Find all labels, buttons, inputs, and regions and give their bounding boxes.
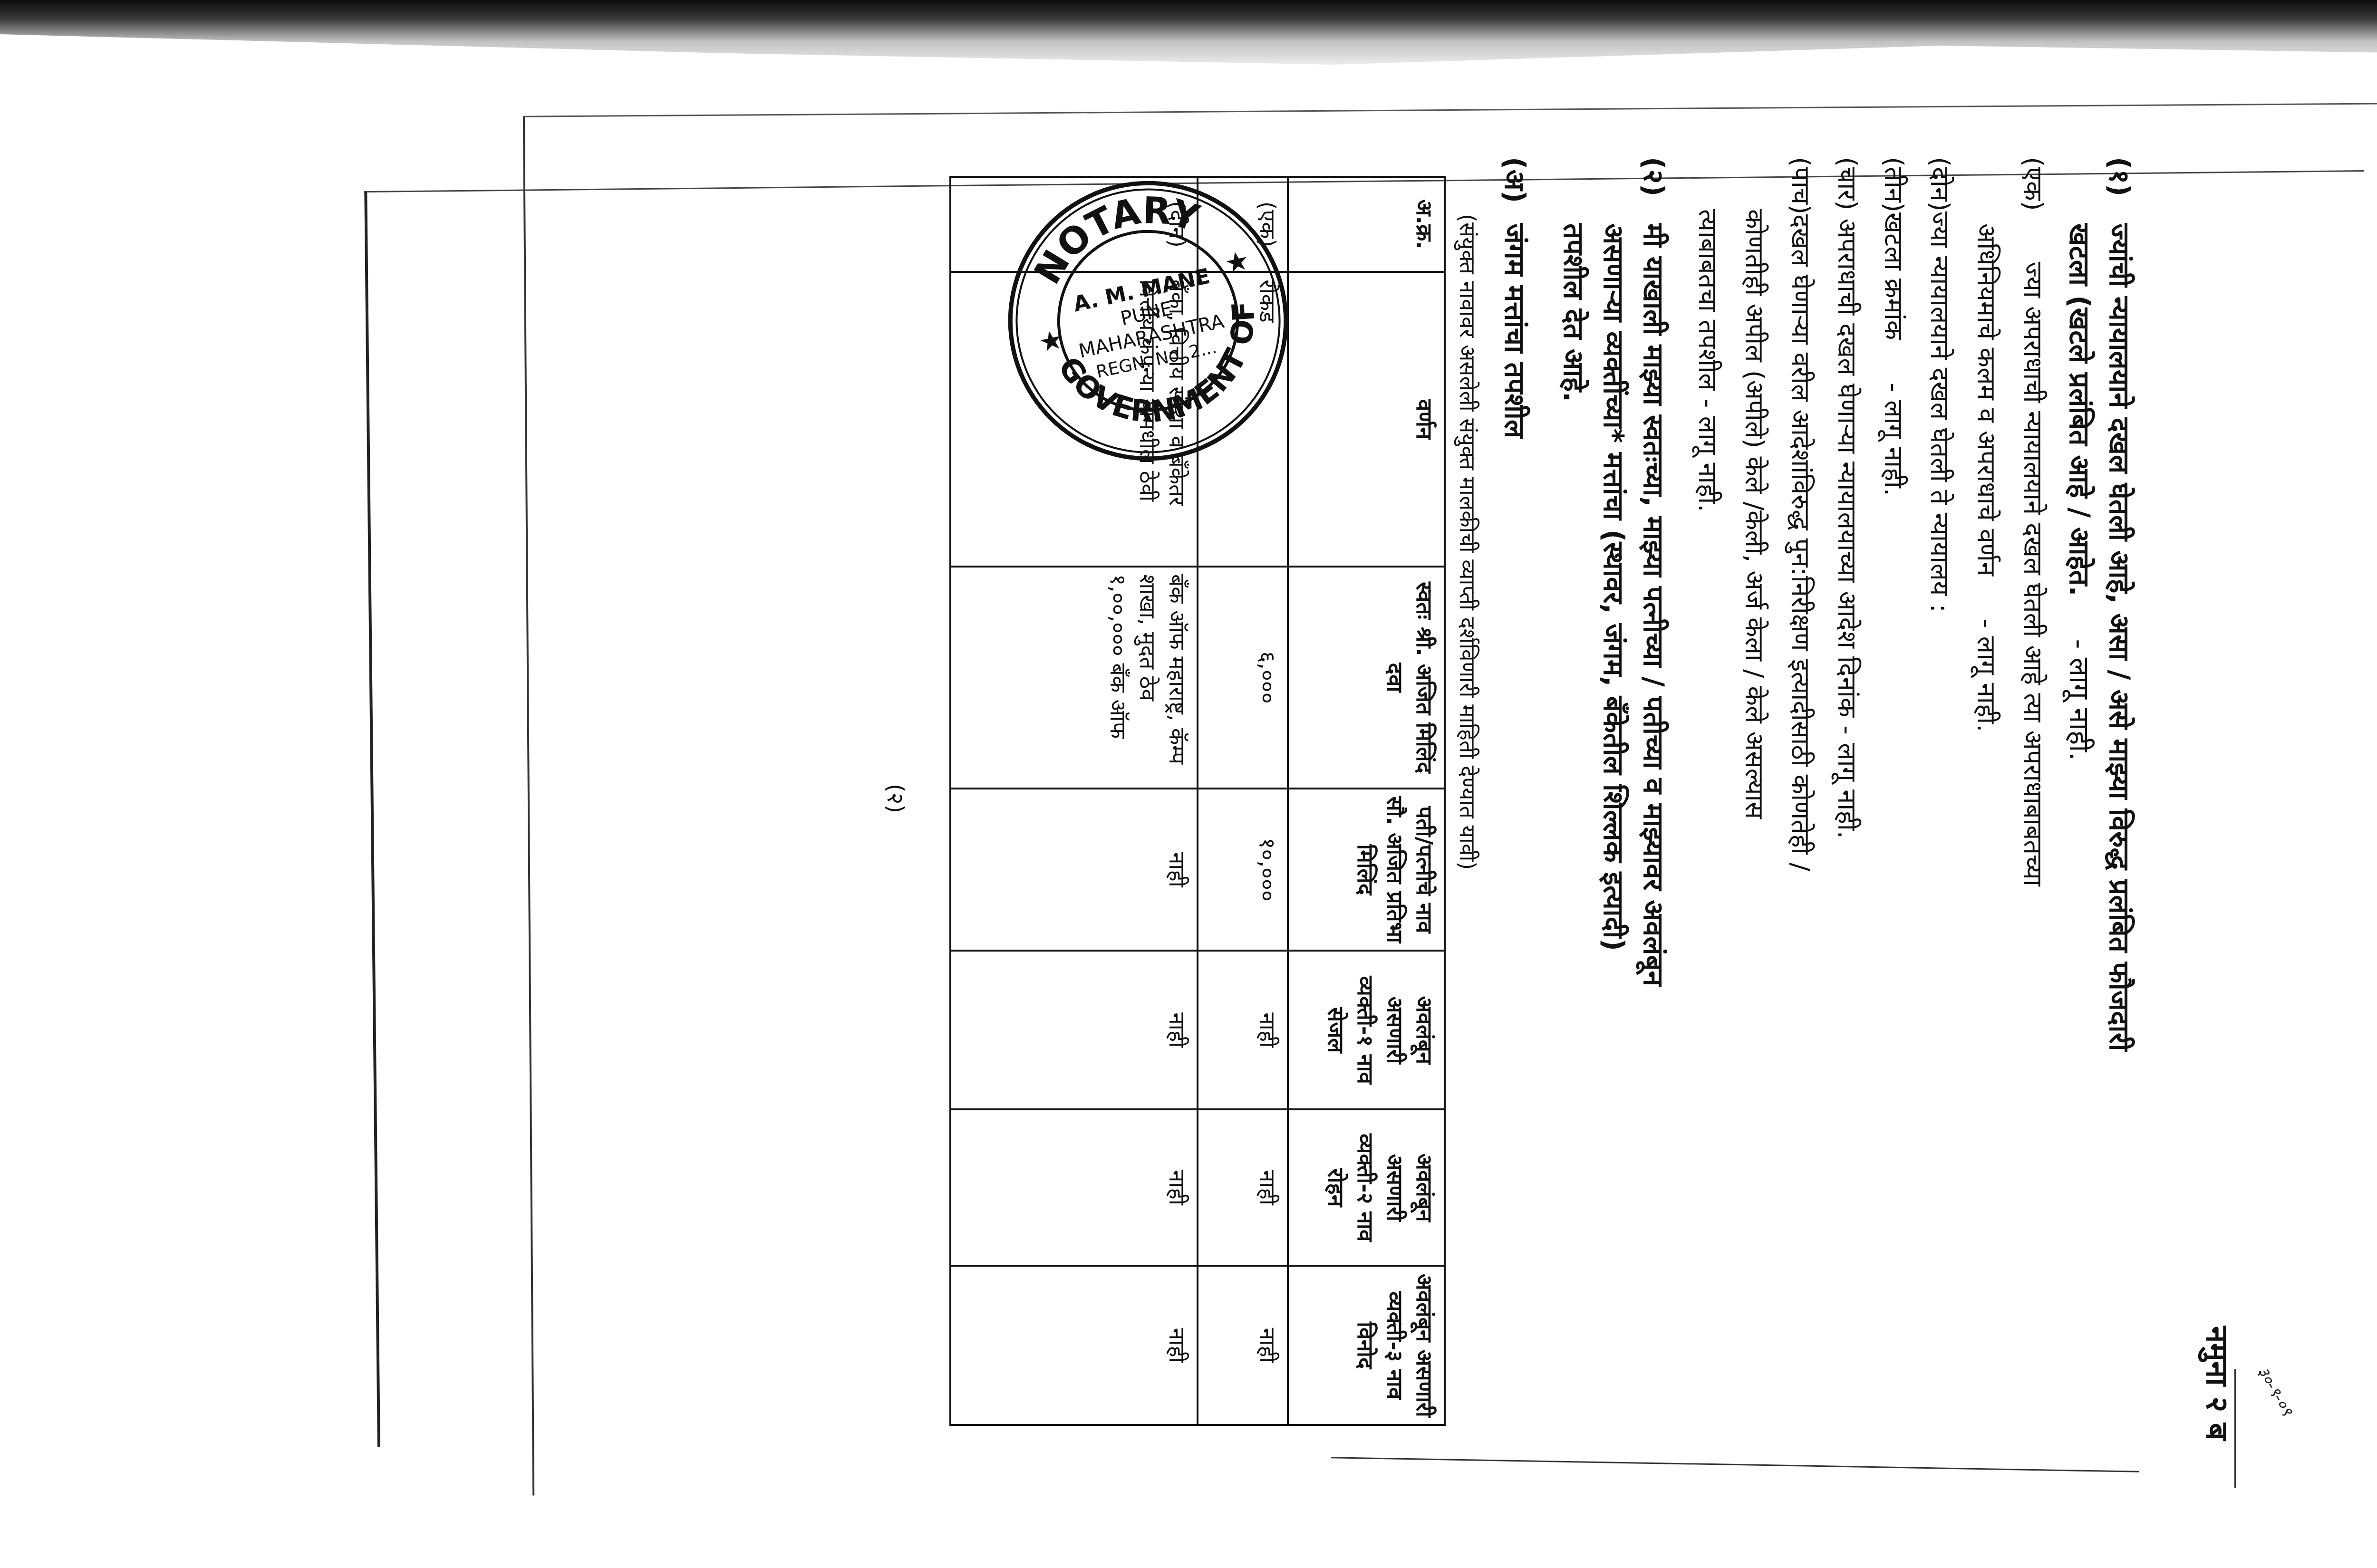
item-3: (तीन)खटला क्रमांक- लागू नाही. (1874, 157, 1913, 1440)
row-cell: नाही (950, 1109, 1198, 1266)
row-cell: बँक ऑफ महाराष्ट्र, कॅम्प शाखा, मुदत ठेव … (950, 567, 1198, 789)
notary-stamp: NOTARY GOVERNMENT OF INDIA ★ ★ A. M. MAN… (1003, 176, 1293, 466)
form-tag: नमुना २ ब (2198, 1326, 2239, 1440)
header-dependent-1: अवलंबून असणारी व्यक्ती-१ नाव सेजल (1288, 951, 1445, 1109)
row-cell: नाही (950, 1266, 1198, 1425)
item-5-cont: कोणतीही अपील (अपीले) केले /केली, अर्ज के… (1734, 157, 1774, 1440)
row-cell: ६,००० (1198, 567, 1288, 789)
item-1-cont: अधिनियमाचे कलम व अपराधाचे वर्णन- लागू ना… (1966, 157, 2006, 1440)
scanned-page: नमुना २ ब ३०-९-०९ (१)ज्यांची न्यायालयाने… (523, 119, 2282, 1497)
page-number: (२) (880, 157, 911, 1440)
row-cell: नाही (1198, 1109, 1288, 1266)
section-1-title-cont: खटला (खटले प्रलंबित आहे / आहेत.- लागू ना… (2059, 157, 2099, 1440)
scanner-shadow (0, 0, 2377, 76)
star-icon: ★ (1036, 323, 1066, 359)
header-serial: अ.क्र. (1288, 177, 1445, 272)
star-icon: ★ (1222, 244, 1252, 280)
row-cell: नाही (950, 951, 1198, 1109)
section-2-title-cont: असणाऱ्या व्यक्तींच्या* मत्तांचा (स्थावर,… (1594, 157, 1633, 1440)
table-header-row: अ.क्र. वर्णन स्वतः श्री. अजित मिलिंद दवा… (1288, 177, 1445, 1425)
section-2-title: (२)मी याखाली माझ्या स्वतःच्या, माझ्या पत… (1633, 157, 1673, 1440)
row-cell: १०,००० (1198, 789, 1288, 951)
subsection-a-note: (संयुक्त नावावर असलेली संयुक्त मालकीची व… (1453, 214, 1483, 1440)
header-spouse: पती/पत्नीचे नाव सौ. अजित प्रतिभा मिलिंद (1288, 789, 1445, 951)
item-4: (चार) अपराधाची दखल घेणाऱ्या न्यायालयाच्य… (1827, 157, 1867, 1440)
row-cell: नाही (950, 789, 1198, 951)
header-dependent-3: अवलंबून असणारी व्यक्ती-३ नाव विनोद (1288, 1266, 1445, 1425)
header-dependent-2: अवलंबून असणारी व्यक्ती-२ नाव रोहन (1288, 1109, 1445, 1266)
subsection-a-title: (अ)जंगम मत्तांचा तपशील (1497, 157, 1535, 1440)
item-5-cont2: त्याबाबतचा तपशील - लागू नाही. (1688, 157, 1728, 1440)
section-2-title-cont2: तपशील देत आहे. (1554, 157, 1594, 1440)
item-2: (दोन)ज्या न्यायालयाने दखल घेतली ते न्याय… (1920, 157, 1960, 1440)
header-self: स्वतः श्री. अजित मिलिंद दवा (1288, 567, 1445, 789)
row-cell: नाही (1198, 1266, 1288, 1425)
header-description: वर्णन (1288, 272, 1445, 567)
section-1-title: (१)ज्यांची न्यायालयाने दखल घेतली आहे, अस… (2099, 157, 2139, 1440)
item-1: (एक) ज्या अपराधाची न्यायालयाने दखल घेतली… (2013, 157, 2053, 1440)
item-5: (पाच)दखल घेणाऱ्या वरील आदेशांविरुद्ध पुन… (1781, 157, 1821, 1440)
notary-seal-icon: NOTARY GOVERNMENT OF INDIA ★ ★ A. M. MAN… (1003, 176, 1293, 466)
row-cell: नाही (1198, 951, 1288, 1109)
